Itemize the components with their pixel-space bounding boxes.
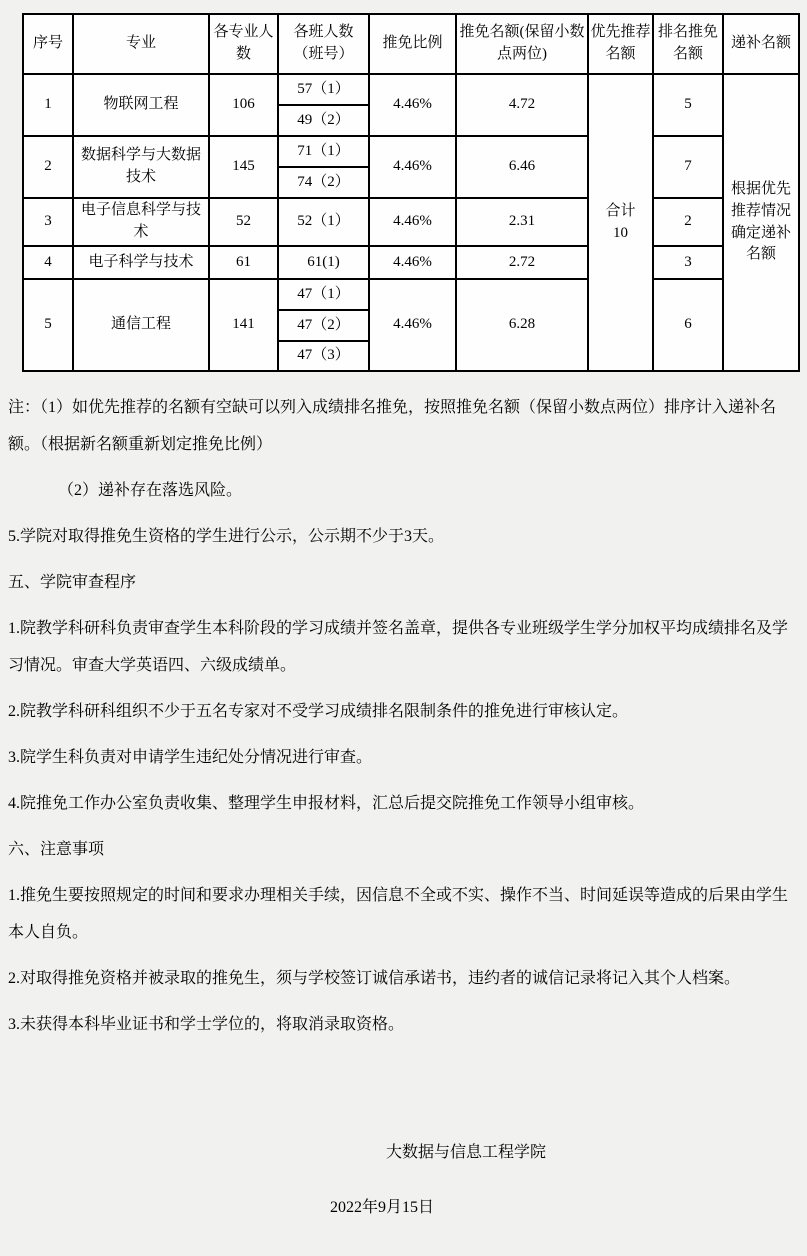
cell-ratio: 4.46% (369, 246, 456, 279)
review-item-4: 4.院推免工作办公室负责收集、整理学生申报材料，汇总后提交院推免工作领导小组审核… (8, 785, 788, 822)
review-item-2: 2.院教学科研科组织不少于五名专家对不受学习成绩排名限制条件的推免进行审核认定。 (8, 693, 788, 730)
notice-item-2: 2.对取得推免资格并被录取的推免生，须与学校签订诚信承诺书，违约者的诚信记录将记… (8, 960, 788, 997)
cell-quota: 6.28 (456, 279, 588, 371)
cell-major: 物联网工程 (73, 74, 209, 136)
cell-ratio: 4.46% (369, 136, 456, 198)
cell-seq: 5 (23, 279, 73, 371)
cell-rank-quota: 2 (653, 198, 723, 246)
table-row: 2 数据科学与大数据技术 145 71（1） 4.46% 6.46 7 (23, 136, 799, 167)
cell-major: 通信工程 (73, 279, 209, 371)
cell-quota: 2.31 (456, 198, 588, 246)
cell-seq: 3 (23, 198, 73, 246)
cell-class: 52（1） (278, 198, 369, 246)
cell-class: 47（1） (278, 279, 369, 310)
notice-item-1: 1.推免生要按照规定的时间和要求办理相关手续，因信息不全或不实、操作不当、时间延… (8, 877, 788, 951)
header-seq: 序号 (23, 14, 73, 74)
document-page: 序号 专业 各专业人数 各班人数（班号） 推免比例 推免名额(保留小数点两位) … (0, 13, 807, 1220)
header-class-headcount: 各班人数（班号） (278, 14, 369, 74)
item-5-publicity: 5.学院对取得推免生资格的学生进行公示，公示期不少于3天。 (8, 518, 788, 555)
table-row: 1 物联网工程 106 57（1） 4.46% 4.72 合计 10 5 根据优… (23, 74, 799, 105)
table-row: 4 电子科学与技术 61 61(1) 4.46% 2.72 3 (23, 246, 799, 279)
table-header-row: 序号 专业 各专业人数 各班人数（班号） 推免比例 推免名额(保留小数点两位) … (23, 14, 799, 74)
note-1: 注：（1）如优先推荐的名额有空缺可以列入成绩排名推免，按照推免名额（保留小数点两… (8, 389, 788, 463)
priority-total-cell: 合计 10 (588, 74, 653, 371)
notice-item-3: 3.未获得本科毕业证书和学士学位的，将取消录取资格。 (8, 1006, 788, 1043)
cell-class: 71（1） (278, 136, 369, 167)
cell-total: 145 (209, 136, 278, 198)
signature-date: 2022年9月15日 (0, 1196, 807, 1220)
cell-quota: 6.46 (456, 136, 588, 198)
cell-total: 106 (209, 74, 278, 136)
priority-total-value: 10 (589, 223, 652, 245)
cell-seq: 2 (23, 136, 73, 198)
review-item-1: 1.院教学科研科负责审查学生本科阶段的学习成绩并签名盖章，提供各专业班级学生学分… (8, 610, 788, 684)
header-major: 专业 (73, 14, 209, 74)
header-priority-quota: 优先推荐名额 (588, 14, 653, 74)
quota-table: 序号 专业 各专业人数 各班人数（班号） 推免比例 推免名额(保留小数点两位) … (22, 13, 800, 372)
cell-class: 74（2） (278, 167, 369, 198)
note-2: （2）递补存在落选风险。 (8, 472, 788, 509)
cell-rank-quota: 3 (653, 246, 723, 279)
header-major-headcount: 各专业人数 (209, 14, 278, 74)
cell-major: 电子科学与技术 (73, 246, 209, 279)
header-quota: 推免名额(保留小数点两位) (456, 14, 588, 74)
cell-class: 57（1） (278, 74, 369, 105)
cell-total: 141 (209, 279, 278, 371)
header-ratio: 推免比例 (369, 14, 456, 74)
header-supplement: 递补名额 (723, 14, 799, 74)
priority-total-label: 合计 (589, 201, 652, 223)
notes-section: 注：（1）如优先推荐的名额有空缺可以列入成绩排名推免，按照推免名额（保留小数点两… (8, 389, 788, 1043)
cell-quota: 4.72 (456, 74, 588, 136)
cell-class: 47（2） (278, 310, 369, 341)
cell-total: 61 (209, 246, 278, 279)
cell-rank-quota: 5 (653, 74, 723, 136)
cell-quota: 2.72 (456, 246, 588, 279)
cell-class: 47（3） (278, 341, 369, 371)
header-rank-quota: 排名推免名额 (653, 14, 723, 74)
cell-class: 49（2） (278, 105, 369, 136)
table-row: 5 通信工程 141 47（1） 4.46% 6.28 6 (23, 279, 799, 310)
supplement-note-cell: 根据优先推荐情况确定递补名额 (723, 74, 799, 371)
cell-seq: 4 (23, 246, 73, 279)
section-heading-review: 五、学院审查程序 (8, 564, 788, 601)
cell-ratio: 4.46% (369, 279, 456, 371)
table-row: 3 电子信息科学与技术 52 52（1） 4.46% 2.31 2 (23, 198, 799, 246)
section-heading-notice: 六、注意事项 (8, 831, 788, 868)
cell-class: 61(1) (278, 246, 369, 279)
cell-seq: 1 (23, 74, 73, 136)
cell-ratio: 4.46% (369, 74, 456, 136)
cell-total: 52 (209, 198, 278, 246)
cell-major: 数据科学与大数据技术 (73, 136, 209, 198)
signature-institution: 大数据与信息工程学院 (0, 1141, 807, 1165)
cell-ratio: 4.46% (369, 198, 456, 246)
review-item-3: 3.院学生科负责对申请学生违纪处分情况进行审查。 (8, 739, 788, 776)
cell-rank-quota: 7 (653, 136, 723, 198)
cell-rank-quota: 6 (653, 279, 723, 371)
cell-major: 电子信息科学与技术 (73, 198, 209, 246)
